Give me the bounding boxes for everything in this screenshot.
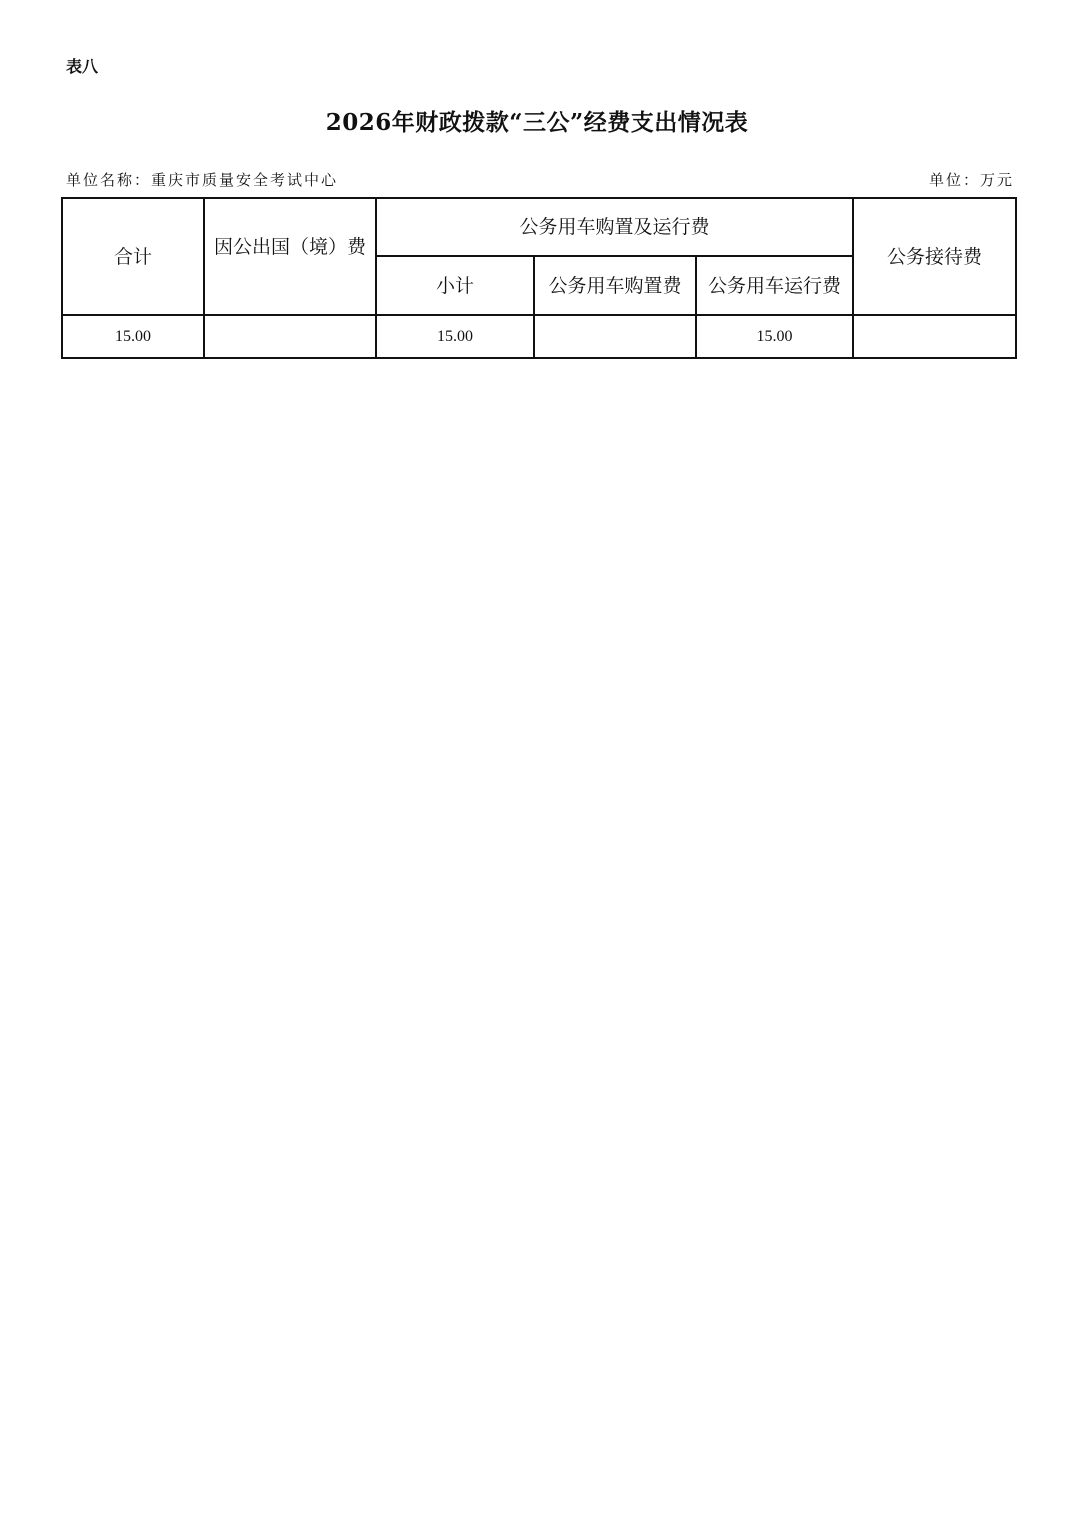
unit-name-label: 单位名称：重庆市质量安全考试中心 bbox=[66, 169, 338, 190]
header-vehicle-group: 公务用车购置及运行费 bbox=[376, 198, 853, 256]
cell-vehicle-operation: 15.00 bbox=[696, 315, 853, 358]
cell-overseas bbox=[204, 315, 376, 358]
header-total: 合计 bbox=[62, 198, 204, 315]
cell-total: 15.00 bbox=[62, 315, 204, 358]
page-title: 2026年财政拨款“三公”经费支出情况表 bbox=[0, 104, 1074, 137]
header-overseas: 因公出国（境）费 bbox=[204, 198, 376, 315]
currency-unit-label: 单位：万元 bbox=[929, 169, 1014, 190]
expense-table: 合计 因公出国（境）费 公务用车购置及运行费 公务接待费 小计 公务用车购置费 … bbox=[61, 197, 1017, 359]
header-vehicle-purchase: 公务用车购置费 bbox=[534, 256, 696, 315]
header-vehicle-subtotal: 小计 bbox=[376, 256, 534, 315]
header-vehicle-operation-label: 公务用车运行费 bbox=[708, 275, 841, 297]
cell-vehicle-purchase bbox=[534, 315, 696, 358]
header-overseas-label: 因公出国（境）费 bbox=[214, 236, 366, 258]
header-row-1: 合计 因公出国（境）费 公务用车购置及运行费 公务接待费 bbox=[62, 198, 1016, 256]
table-row: 15.00 15.00 15.00 bbox=[62, 315, 1016, 358]
cell-reception bbox=[853, 315, 1016, 358]
header-reception: 公务接待费 bbox=[853, 198, 1016, 315]
table-number-label: 表八 bbox=[66, 54, 98, 77]
cell-vehicle-subtotal: 15.00 bbox=[376, 315, 534, 358]
header-vehicle-operation: 公务用车运行费 bbox=[696, 256, 853, 315]
